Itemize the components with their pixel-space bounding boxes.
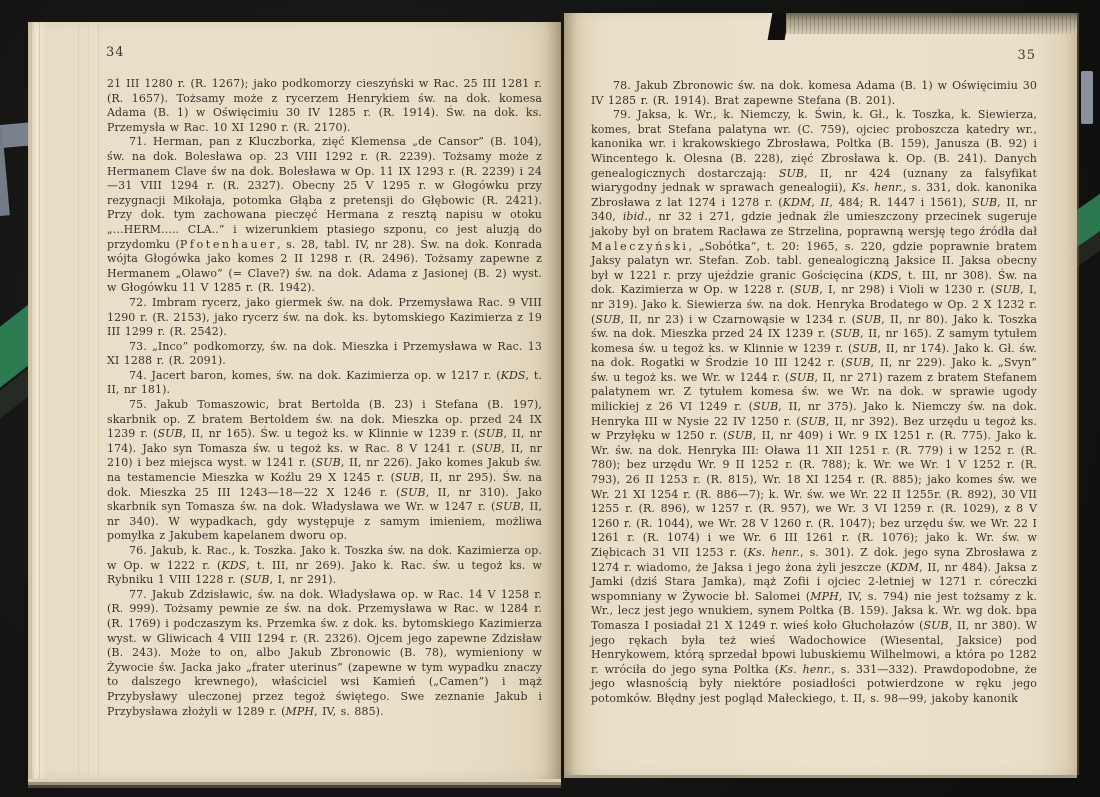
cover-letter-fragment-right [1081,71,1093,124]
paragraph: 76. Jakub, k. Rac., k. Toszka. Jako k. T… [107,544,542,588]
paragraph: 71. Herman, pan z Kluczborka, zięć Kleme… [107,135,542,296]
paragraph: 75. Jakub Tomaszowic, brat Bertolda (B. … [107,398,542,544]
paragraph: 21 III 1280 r. (R. 1267); jako podkomorz… [107,77,542,135]
left-page-text: 21 III 1280 r. (R. 1267); jako podkomorz… [107,77,542,719]
paragraph: 78. Jakub Zbronowic św. na dok. komesa A… [591,79,1037,108]
right-page-top-fore-edge [786,13,1077,34]
right-page-text: 78. Jakub Zbronowic św. na dok. komesa A… [591,79,1037,707]
paragraph: 79. Jaksa, k. Wr., k. Niemczy, k. Świn, … [591,108,1037,706]
left-page-number: 34 [106,45,125,60]
paragraph: 73. „Inco” podkomorzy, św. na dok. Miesz… [107,340,542,369]
paragraph: 77. Jakub Zdzisławic, św. na dok. Władys… [107,588,542,719]
right-page-number: 35 [980,48,1036,63]
book-scan: { "colors": { "background": "#141413", "… [0,0,1100,797]
paragraph: 74. Jacert baron, komes, św. na dok. Kaz… [107,369,542,398]
paragraph: 72. Imbram rycerz, jako giermek św. na d… [107,296,542,340]
